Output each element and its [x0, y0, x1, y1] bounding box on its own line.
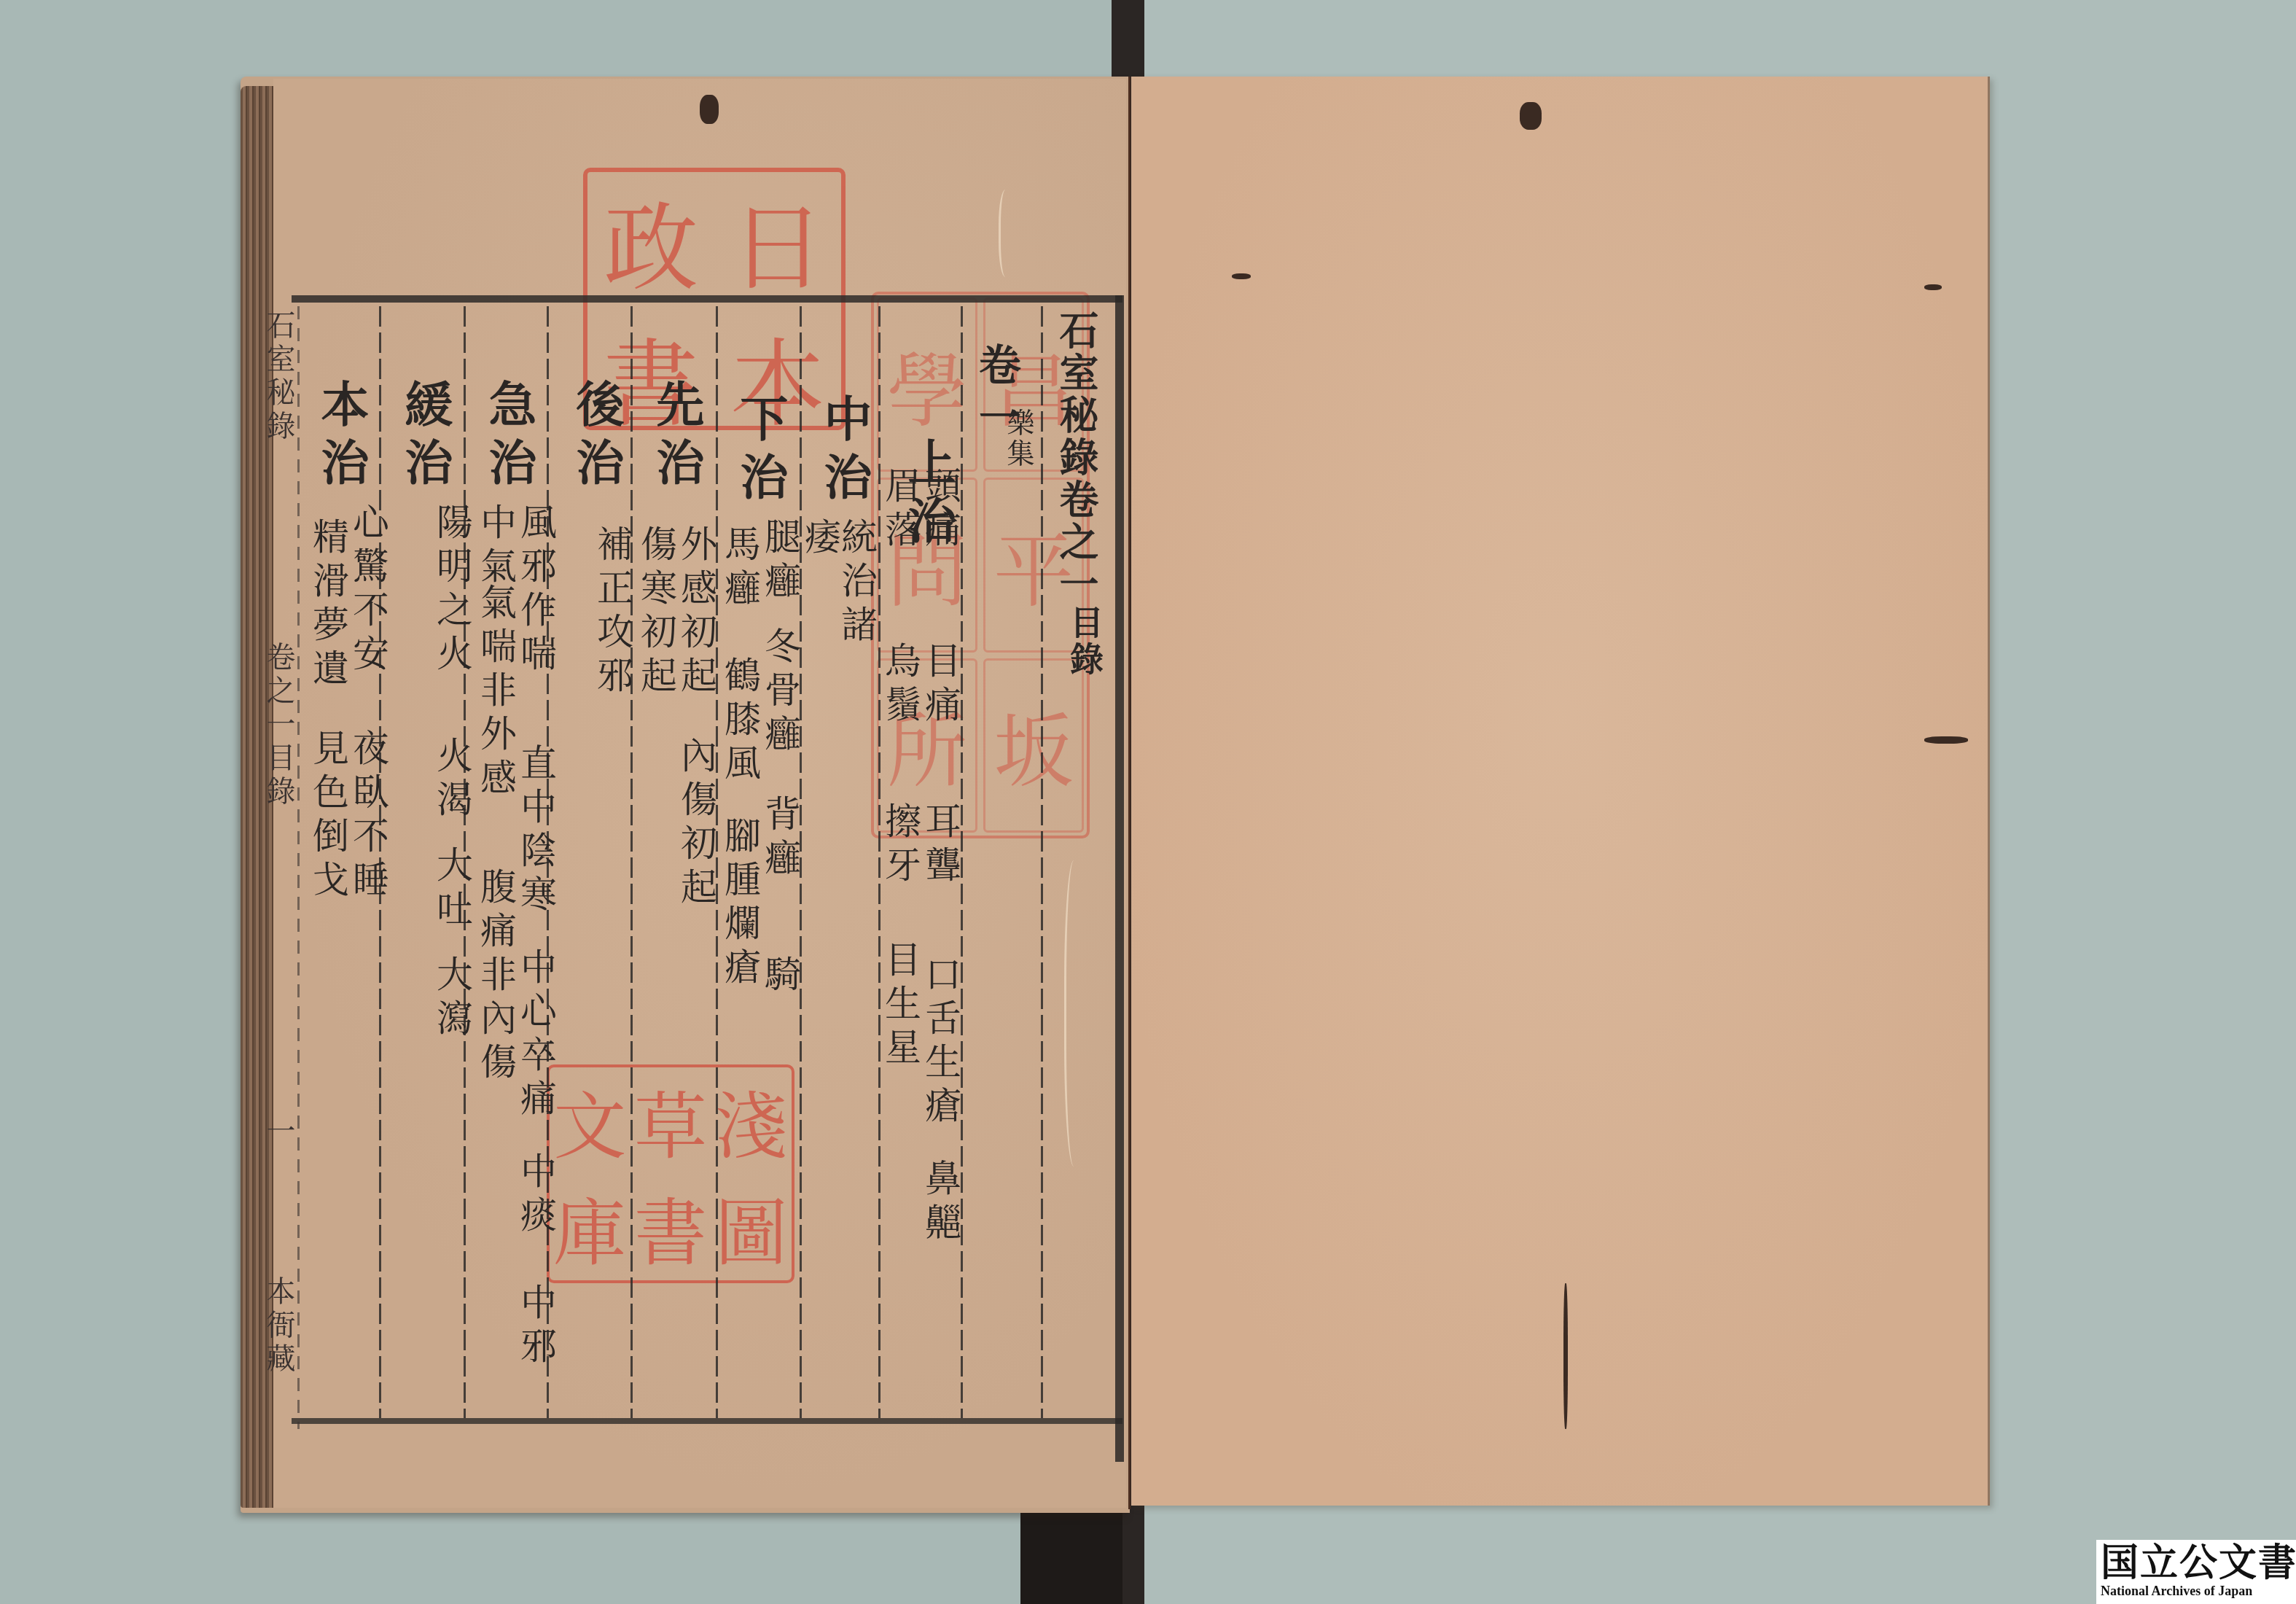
- heading-text: 急治: [480, 379, 537, 496]
- seal-char: 圖: [711, 1174, 792, 1280]
- entry-text: 目生星: [879, 941, 921, 1072]
- toc-heading-benzhi: 本治: [317, 379, 365, 496]
- entry-text: 腿癰: [759, 518, 801, 605]
- entry-text: 眉落: [879, 467, 921, 554]
- paper-crease: [999, 190, 1015, 277]
- toc-entry: 腿癰: [762, 518, 798, 605]
- entry-text: 頭痛: [919, 467, 961, 554]
- entry-text: 補正攻邪: [591, 525, 633, 700]
- entry-text: 鼻齆: [919, 1159, 961, 1247]
- toc-entry: 氣喘非外感: [477, 583, 514, 802]
- toc-entry: 腳腫爛瘡: [722, 817, 758, 992]
- entry-text: 中心卒痛: [515, 948, 557, 1123]
- toc-entry: 鶴膝風: [722, 656, 758, 787]
- entry-text: 大瀉: [431, 955, 473, 1043]
- heading-text: 先治: [648, 379, 705, 496]
- heading-text: 本治: [313, 379, 370, 496]
- wormhole-mark: [700, 95, 719, 124]
- toc-heading-xianzhi: 先治: [652, 379, 700, 496]
- archive-logo: 国立公文書館 National Archives of Japan: [2096, 1540, 2296, 1604]
- toc-entry: 風邪作喘: [518, 503, 554, 678]
- toc-heading-xiazhi: 下治: [736, 394, 784, 510]
- toc-entry: 直中陰寒: [518, 744, 554, 919]
- toc-entry: 內傷初起: [678, 736, 714, 911]
- gutter-line: [1128, 77, 1131, 1509]
- entry-text: 騎: [759, 955, 801, 999]
- toc-entry: 頭痛: [922, 467, 958, 554]
- heading-text: 中治: [816, 394, 872, 510]
- heading-text: 緩治: [397, 379, 453, 496]
- volume-subtitle: 樂集: [1004, 408, 1032, 470]
- wormhole-mark: [1520, 102, 1542, 130]
- seal-char: 庫: [550, 1174, 630, 1280]
- entry-text: 中痰: [515, 1152, 557, 1239]
- toc-entry: 背癰: [762, 795, 798, 882]
- volume-sub-text: 樂集: [1002, 408, 1034, 470]
- toc-entry: 擦牙: [882, 802, 918, 889]
- tear-mark: [1563, 1283, 1568, 1429]
- fore-edge-text: 一: [262, 1116, 295, 1149]
- seal-char: 淺: [711, 1067, 792, 1174]
- toc-entry: 騎: [762, 955, 798, 999]
- toc-entry: 中氣: [477, 503, 514, 591]
- entry-text: 內傷初起: [675, 736, 717, 911]
- toc-entry: 口舌生瘡: [922, 955, 958, 1130]
- entry-text: 鶴膝風: [719, 656, 761, 787]
- entry-text: 心驚不安: [347, 503, 389, 678]
- entry-text: 直中陰寒: [515, 744, 557, 919]
- binding-shadow-bottom: [1020, 1509, 1122, 1604]
- entry-text: 見色倒戈: [307, 729, 349, 904]
- entry-text: 中邪: [515, 1283, 557, 1371]
- printed-frame-right: [1115, 295, 1124, 1462]
- entry-text: 大吐: [431, 846, 473, 933]
- toc-entry: 馬癰: [722, 525, 758, 612]
- toc-heading-zhongzhi: 中治: [820, 394, 868, 510]
- right-page-blank: [1131, 77, 1990, 1506]
- wormhole-mark: [1924, 284, 1942, 290]
- toc-heading-huanzhi: 緩治: [401, 379, 449, 496]
- entry-text: 外感初起: [675, 525, 717, 700]
- logo-japanese: 国立公文書館: [2101, 1543, 2292, 1584]
- toc-entry: 眉落: [882, 467, 918, 554]
- fore-edge-title: 石室秘錄: [264, 310, 293, 444]
- heading-text: 後治: [568, 379, 625, 496]
- entry-text: 火渴: [431, 736, 473, 824]
- entry-text: 腹痛非內傷: [475, 868, 517, 1086]
- toc-entry: 冬骨癰: [762, 627, 798, 758]
- toc-entry: 烏鬚: [882, 642, 918, 729]
- toc-entry: 見色倒戈: [310, 729, 346, 904]
- title-text: 石室秘錄卷之一: [1053, 310, 1100, 606]
- entry-text: 統治諸: [835, 518, 878, 649]
- printed-frame-bottom: [292, 1418, 1122, 1424]
- toc-heading-jizhi: 急治: [485, 379, 533, 496]
- entry-text: 目痛: [919, 642, 961, 729]
- entry-text: 夜臥不睡: [347, 729, 389, 904]
- printed-frame-top: [292, 295, 1122, 303]
- toc-entry: 心驚不安: [350, 503, 386, 678]
- seal-char: 政: [587, 172, 714, 308]
- seal-char: 日: [714, 172, 841, 308]
- paper-crease: [1064, 860, 1088, 1167]
- fore-edge-text: 石室秘錄: [262, 310, 295, 444]
- fore-edge-text: 卷之一目錄: [262, 642, 295, 809]
- fore-edge-rule: [297, 306, 300, 1429]
- seal-char: 書: [630, 1174, 711, 1280]
- toc-entry: 大瀉: [434, 955, 470, 1043]
- toc-entry: 統治諸: [838, 518, 875, 649]
- toc-entry: 火渴: [434, 736, 470, 824]
- fore-edge-section: 卷之一目錄: [264, 642, 293, 809]
- logo-english: National Archives of Japan: [2101, 1584, 2292, 1598]
- wormhole-mark: [1232, 273, 1251, 279]
- toc-entry: 補正攻邪: [594, 525, 630, 700]
- column-rule: [630, 306, 633, 1418]
- seal-stamp-lower: 文 草 淺 庫 書 圖: [547, 1064, 794, 1283]
- fore-edge-page-number: 一: [264, 1116, 293, 1149]
- toc-entry: 腹痛非內傷: [477, 868, 514, 1086]
- toc-entry: 精滑夢遺: [310, 518, 346, 693]
- column-rule: [1041, 306, 1043, 1418]
- wormhole-mark: [1924, 736, 1968, 744]
- entry-text: 風邪作喘: [515, 503, 557, 678]
- book-title: 石室秘錄卷之一: [1057, 310, 1096, 606]
- entry-text: 口舌生瘡: [919, 955, 961, 1130]
- entry-text: 背癰: [759, 795, 801, 882]
- entry-text: 傷寒初起: [635, 525, 677, 700]
- toc-entry: 目痛: [922, 642, 958, 729]
- seal-char: 坂: [983, 658, 1084, 833]
- seal-char: 文: [550, 1067, 630, 1174]
- toc-entry: 中邪: [518, 1283, 554, 1371]
- toc-entry: 中痰: [518, 1152, 554, 1239]
- fore-edge-publisher: 本衙藏: [264, 1276, 293, 1377]
- toc-entry: 耳聾: [922, 802, 958, 889]
- entry-text: 擦牙: [879, 802, 921, 889]
- toc-entry: 目生星: [882, 941, 918, 1072]
- toc-entry: 痿: [802, 518, 838, 561]
- title-suffix: 目錄: [1068, 605, 1101, 678]
- heading-text: 下治: [732, 394, 789, 510]
- toc-entry: 大吐: [434, 846, 470, 933]
- fore-edge-text: 本衙藏: [262, 1276, 295, 1377]
- entry-text: 冬骨癰: [759, 627, 801, 758]
- toc-label: 目錄: [1065, 605, 1104, 678]
- toc-entry: 夜臥不睡: [350, 729, 386, 904]
- entry-text: 耳聾: [919, 802, 961, 889]
- entry-text: 痿: [799, 518, 841, 561]
- toc-entry: 外感初起: [678, 525, 714, 700]
- entry-text: 中氣: [475, 503, 517, 591]
- entry-text: 馬癰: [719, 525, 761, 612]
- seal-char: 草: [630, 1067, 711, 1174]
- entry-text: 氣喘非外感: [475, 583, 517, 802]
- entry-text: 陽明之火: [431, 503, 473, 678]
- toc-entry: 鼻齆: [922, 1159, 958, 1247]
- entry-text: 精滑夢遺: [307, 518, 349, 693]
- toc-entry: 中心卒痛: [518, 948, 554, 1123]
- toc-entry: 傷寒初起: [638, 525, 674, 700]
- toc-entry: 陽明之火: [434, 503, 470, 678]
- entry-text: 烏鬚: [879, 642, 921, 729]
- toc-heading-houzhi: 後治: [572, 379, 620, 496]
- entry-text: 腳腫爛瘡: [719, 817, 761, 992]
